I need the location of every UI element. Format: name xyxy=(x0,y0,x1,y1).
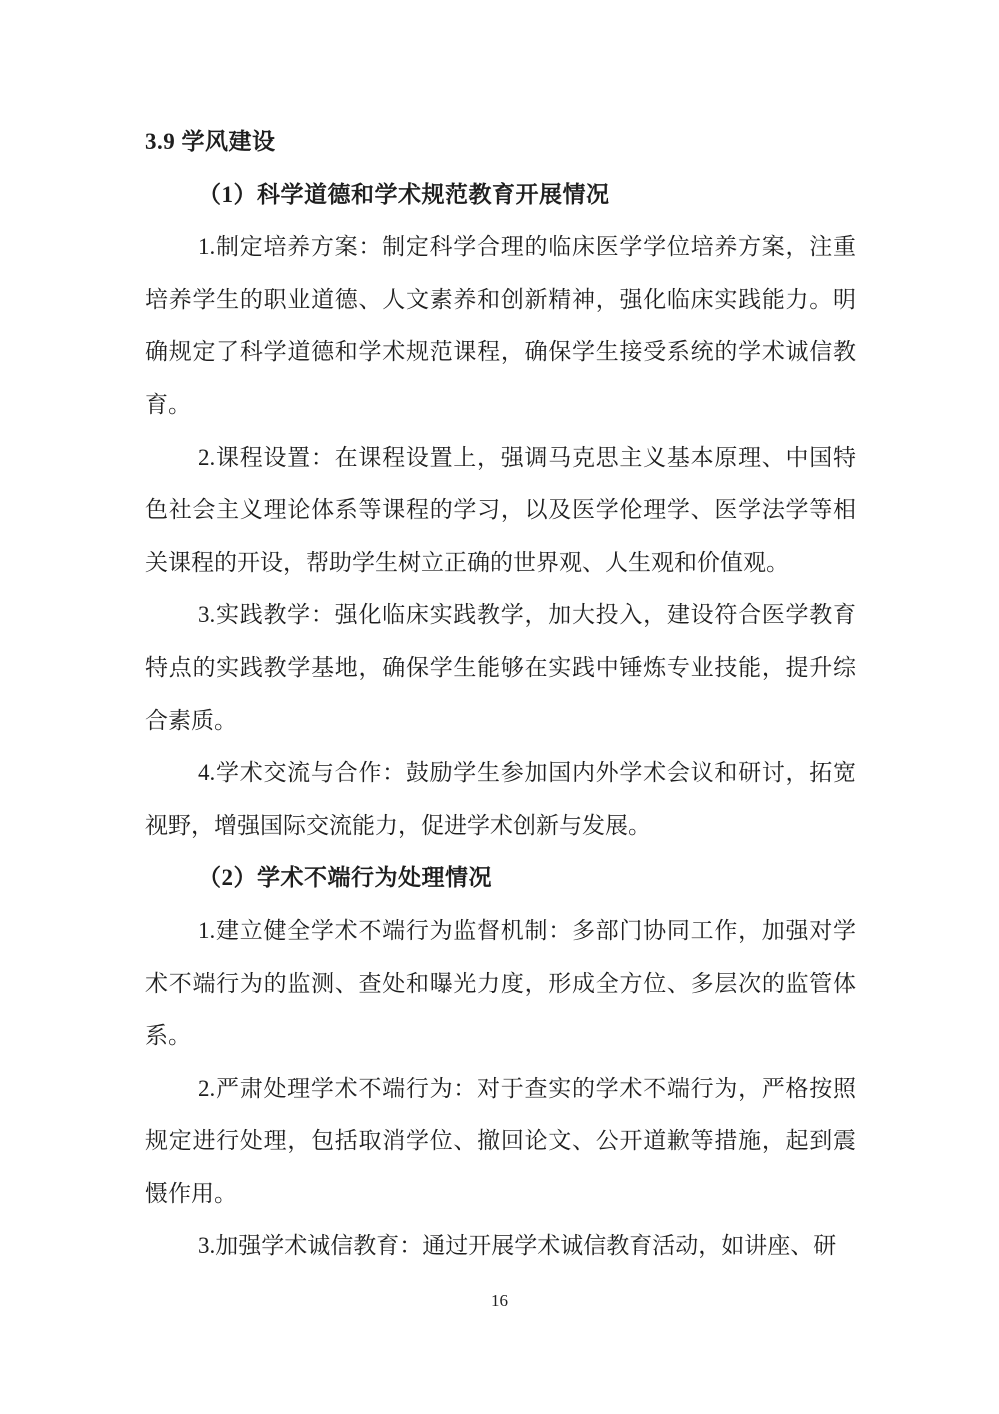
subsection-1-paragraph-2: 2.课程设置：在课程设置上，强调马克思主义基本原理、中国特色社会主义理论体系等课… xyxy=(145,432,856,590)
subsection-1-paragraph-3: 3.实践教学：强化临床实践教学，加大投入，建设符合医学教育特点的实践教学基地，确… xyxy=(145,589,856,747)
document-body: 3.9 学风建设 （1）科学道德和学术规范教育开展情况 1.制定培养方案：制定科… xyxy=(145,116,856,1273)
subsection-2-heading: （2）学术不端行为处理情况 xyxy=(145,852,856,905)
subsection-2-paragraph-3: 3.加强学术诚信教育：通过开展学术诚信教育活动，如讲座、研 xyxy=(145,1220,856,1273)
section-heading: 3.9 学风建设 xyxy=(145,116,856,169)
page-number: 16 xyxy=(0,1289,999,1313)
subsection-2-paragraph-1: 1.建立健全学术不端行为监督机制：多部门协同工作，加强对学术不端行为的监测、查处… xyxy=(145,905,856,1063)
subsection-2-paragraph-2: 2.严肃处理学术不端行为：对于查实的学术不端行为，严格按照规定进行处理，包括取消… xyxy=(145,1063,856,1221)
subsection-1-paragraph-1: 1.制定培养方案：制定科学合理的临床医学学位培养方案，注重培养学生的职业道德、人… xyxy=(145,221,856,431)
subsection-1-paragraph-4: 4.学术交流与合作：鼓励学生参加国内外学术会议和研讨，拓宽视野，增强国际交流能力… xyxy=(145,747,856,852)
document-page: 3.9 学风建设 （1）科学道德和学术规范教育开展情况 1.制定培养方案：制定科… xyxy=(0,0,999,1414)
subsection-1-heading: （1）科学道德和学术规范教育开展情况 xyxy=(145,169,856,222)
